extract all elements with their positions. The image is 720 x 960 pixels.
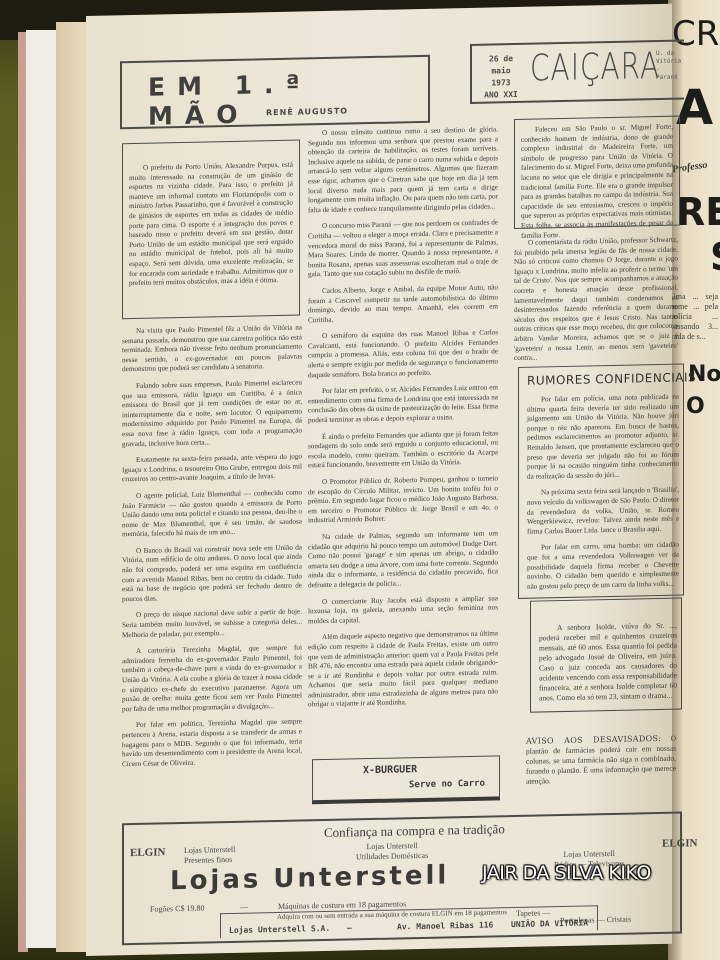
ad-headline: Confiança na compra e na tradição	[324, 821, 505, 841]
news-item: Por falar em política, Terezinha Magdal …	[122, 718, 302, 770]
ad-item-dash: —	[240, 903, 248, 912]
left-boxed-note: O prefeito de Porto União, Alexandre Pur…	[122, 140, 300, 320]
isolde-note-text: A senhora Isolde, viúva do Sr. ..., pode…	[539, 621, 677, 704]
rumores-text: Por falar em polícia, uma nota publicada…	[527, 393, 679, 599]
adjacent-title-fragment: RE	[676, 190, 720, 234]
issue-date: 26 de maio 1973 ANO XXI	[478, 53, 524, 102]
x-burguer-title: X-BURGUER	[363, 764, 417, 776]
rumores-title: RUMORES CONFIDENCIAIS	[527, 370, 696, 388]
dept-gifts: Lojas Unterstell Presentes finos	[184, 845, 235, 866]
ad-footer-city: UNIÃO DA VITÓRIA	[511, 918, 588, 929]
news-item: Na cidade de Palmas, segundo um informan…	[308, 529, 498, 591]
adjacent-title-fragment-2: S	[710, 235, 720, 279]
news-item: O nosso trânsito continua rumo a seu des…	[308, 125, 498, 215]
store-name: Lojas Unterstell	[170, 860, 449, 896]
dept-home: Lojas Unterstell Utilidades Domésticas	[356, 841, 428, 863]
right-boxed-note-text: Faleceu em São Paulo o sr. Miguel Forte,…	[521, 123, 673, 241]
issue-date-year: 1973	[478, 77, 524, 90]
book-page-edges	[26, 30, 56, 948]
news-item: Exatamente na sexta-feira passada, ante …	[122, 453, 302, 486]
rumor-item: Por falar em polícia, uma nota publicada…	[527, 393, 679, 483]
ad-footer-dash: —	[347, 923, 352, 932]
isolde-note-box: A senhora Isolde, viúva do Sr. ..., pode…	[530, 598, 682, 713]
news-item: O Promotor Público dr. Roberto Pompeu, g…	[308, 474, 498, 526]
elgin-brand-right: ELGIN	[662, 838, 672, 851]
newspaper-side-note: U. da Vitória - Paraná	[656, 49, 684, 82]
news-item: Carlos Alberto, Jorge e Anibal, da equip…	[308, 283, 498, 325]
news-item: O comerciante Ruy Jacobs está disposto a…	[308, 594, 498, 627]
rumores-confidenciais-box: RUMORES CONFIDENCIAIS Por falar em políc…	[518, 363, 684, 598]
news-item: É ainda o prefeito Fernandes que adianta…	[308, 429, 498, 471]
news-item: A cartorária Terezinha Magdal, que sempr…	[122, 644, 302, 715]
left-column-text: Na visita que Paulo Pimentel fêz a União…	[122, 323, 302, 776]
column-title: EM 1.ª MÃO	[148, 67, 428, 131]
aviso-note: AVISO AOS DESAVISADOS: O plantão de farm…	[526, 734, 676, 787]
news-item: O comentarista da rádio União, professor…	[514, 236, 678, 364]
adjacent-subhead-fragment-2: O	[686, 394, 705, 419]
ad-footer-company: Lojas Unterstell S.A.	[229, 924, 330, 935]
news-item: Além daquele aspecto negativo que demons…	[308, 630, 498, 711]
x-burguer-ad: X-BURGUER Serve no Carro	[312, 755, 500, 804]
left-boxed-note-text: O prefeito de Porto União, Alexandre Pur…	[129, 161, 293, 289]
issue-date-day: 26 de maio	[478, 53, 524, 78]
news-item: O concurso miss Paraná — que nos perdoem…	[308, 219, 498, 281]
news-item: Falando sobre suas empresas, Paulo Pimen…	[122, 378, 302, 449]
news-item: O preço do uísque nacional deve subir a …	[122, 608, 302, 641]
right-column-text: O comentarista da rádio União, professor…	[514, 236, 678, 371]
ad-footer-address: Av. Manoel Ribas 116	[397, 920, 493, 931]
newspaper-logo: CAIÇARA	[530, 44, 660, 90]
middle-column-text: O nosso trânsito continua rumo a seu des…	[308, 125, 498, 717]
issue-edition: ANO XXI	[478, 89, 524, 102]
newspaper-page: EM 1.ª MÃO RENÊ AUGUSTO 26 de maio 1973 …	[86, 4, 672, 956]
news-item: O agente policial, Luiz Blumenthal — con…	[122, 488, 302, 540]
right-boxed-note: Faleceu em São Paulo o sr. Miguel Forte,…	[514, 116, 680, 229]
rumor-item: Na próxima sexta feira será lançado o 'B…	[527, 486, 679, 537]
rumor-item: Por falar em carro, uma bomba: um cidadã…	[527, 541, 679, 592]
x-burguer-tagline: Serve no Carro	[409, 779, 485, 791]
ad-footer-box: Adquira com ou sem entrada a sua máquina…	[220, 905, 598, 938]
column-masthead: EM 1.ª MÃO RENÊ AUGUSTO	[120, 55, 430, 129]
news-item: O Banco do Brasil vai construir nova sed…	[122, 543, 302, 604]
newspaper-header: 26 de maio 1973 ANO XXI CAIÇARA U. da Vi…	[470, 39, 684, 103]
column-author: RENÊ AUGUSTO	[262, 106, 352, 117]
photographer-watermark: JAIR DA SILVA KIKO	[482, 862, 651, 884]
elgin-brand-left: ELGIN	[130, 847, 140, 860]
news-item: Por falar em prefeito, o sr. Alcides Fer…	[308, 384, 498, 426]
news-item: O semáforo da esquina das ruas Manoel Ri…	[308, 329, 498, 381]
ad-item-stoves: Fogões C$ 19.80	[150, 904, 204, 914]
news-item: Na visita que Paulo Pimentel fêz a União…	[122, 323, 302, 375]
